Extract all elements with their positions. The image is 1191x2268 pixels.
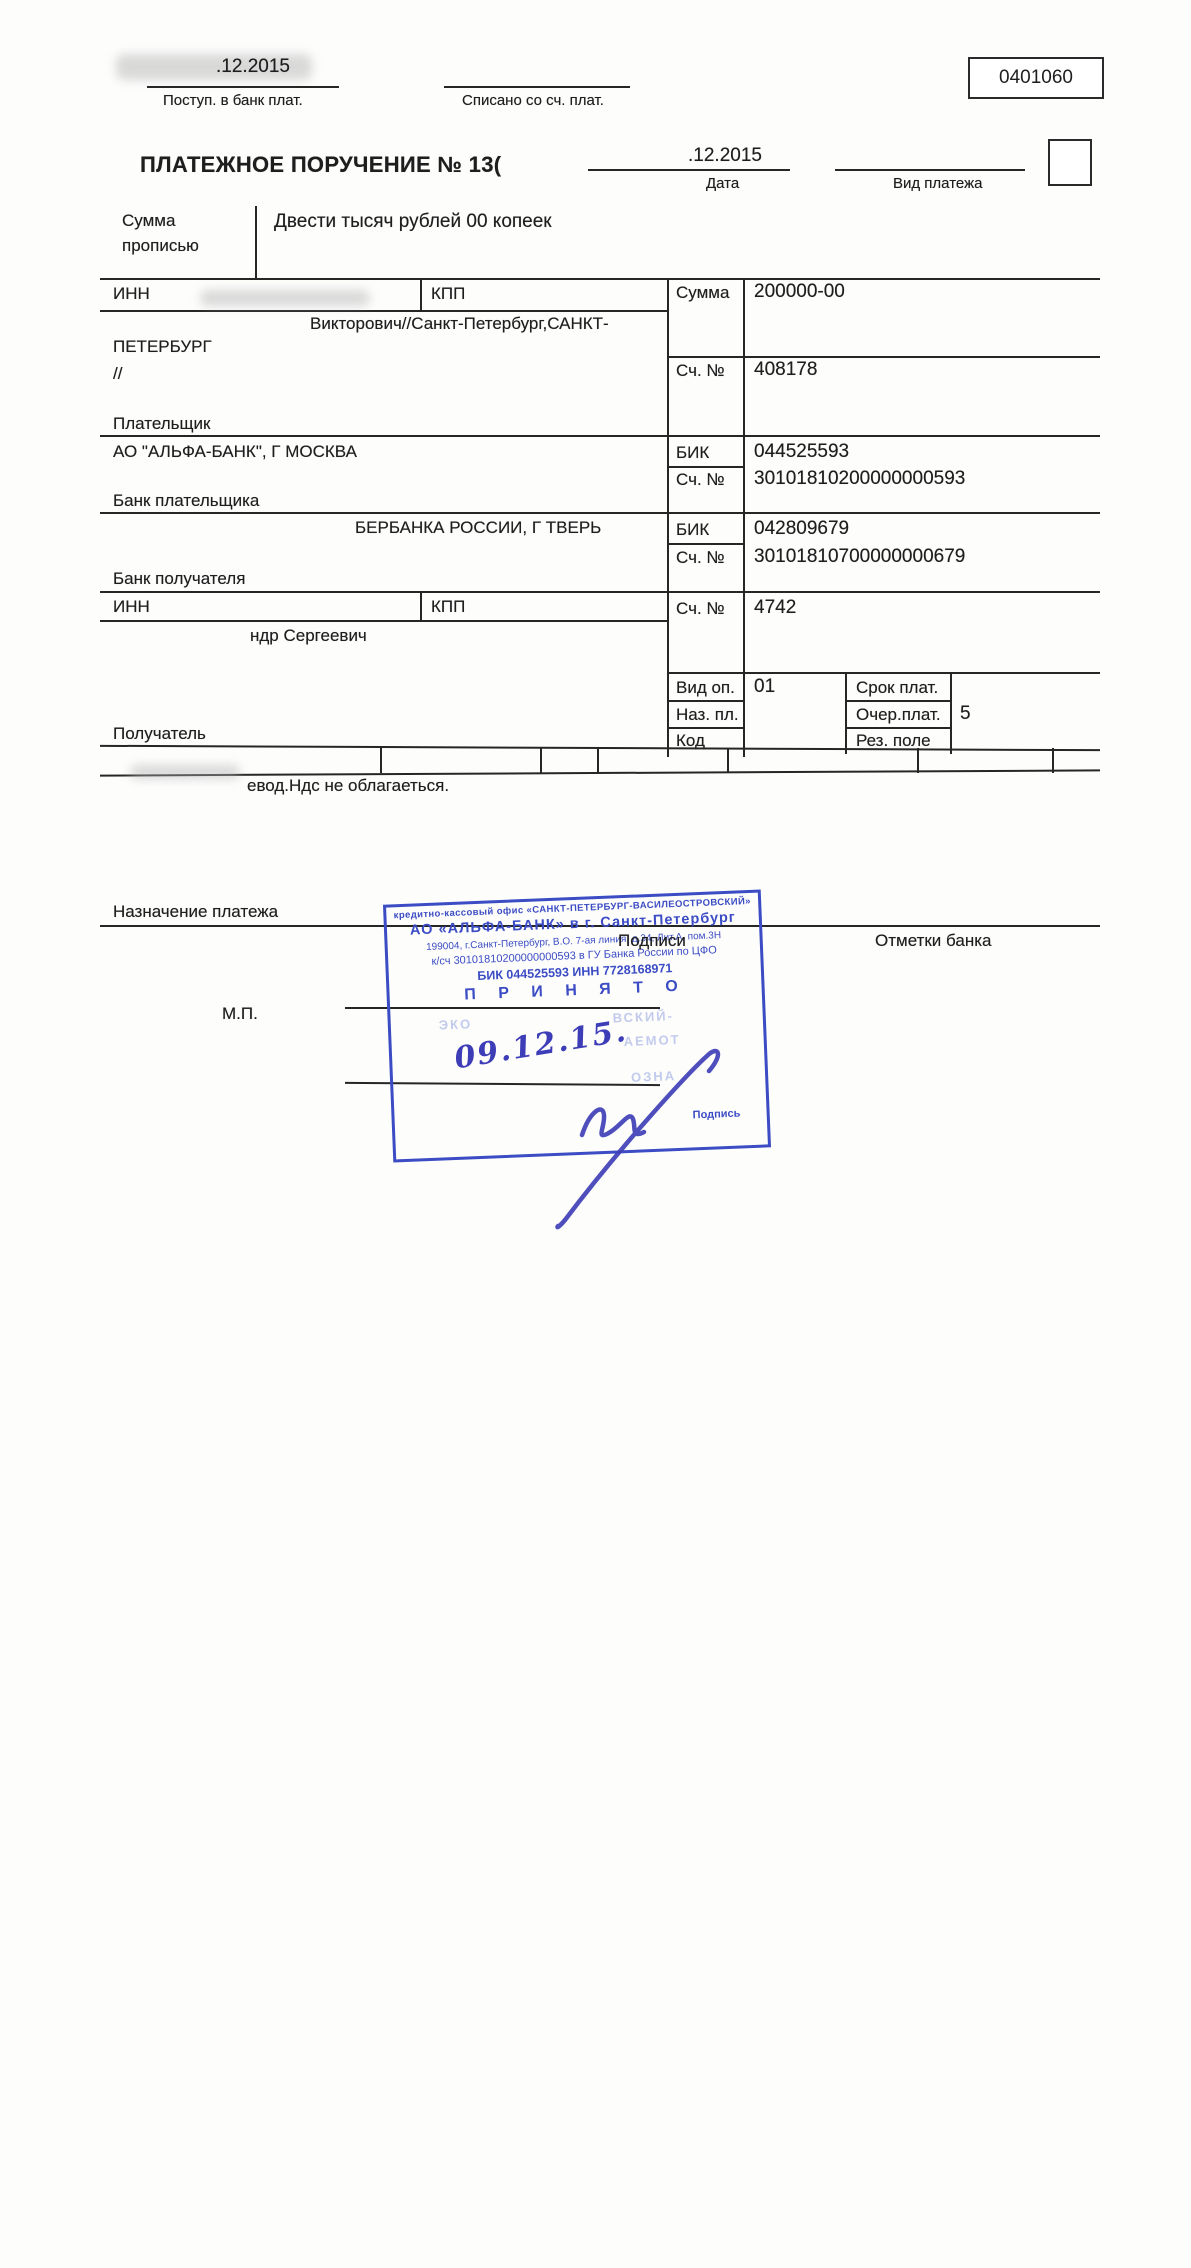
table-border: [100, 435, 1100, 437]
table-border: [667, 700, 743, 702]
redaction-smudge: [130, 765, 240, 779]
payer-name-line3: //: [113, 364, 122, 384]
table-border: [917, 748, 919, 773]
payee-bank-bik-value: 042809679: [754, 518, 849, 540]
payee-bank-acc-label: Сч. №: [676, 548, 725, 568]
table-border: [743, 278, 745, 757]
payee-name: ндр Сергеевич: [250, 626, 367, 646]
table-border: [667, 727, 743, 729]
payer-bank-acc-label: Сч. №: [676, 470, 725, 490]
table-border: [100, 620, 667, 622]
table-border: [667, 466, 743, 468]
vid-op-label: Вид оп.: [676, 678, 735, 698]
payer-bank-bik-label: БИК: [676, 443, 709, 463]
payer-bank-acc-value: 30101810200000000593: [754, 468, 965, 490]
table-border: [667, 356, 1100, 358]
table-border: [100, 278, 1100, 280]
amount-words-divider: [255, 206, 257, 278]
payer-name-line1: Викторович//Санкт-Петербург,САНКТ-: [310, 314, 609, 334]
doc-date-value: .12.2015: [688, 145, 762, 167]
redaction-smudge: [200, 290, 370, 306]
payee-bank-section-label: Банк получателя: [113, 569, 245, 589]
payee-kpp-label: КПП: [431, 597, 465, 617]
payer-bank-name: АО "АЛЬФА-БАНК", Г МОСКВА: [113, 442, 357, 462]
payment-type-box: [1048, 139, 1092, 186]
table-border: [845, 700, 950, 702]
amount-words-label2: прописью: [122, 236, 199, 256]
payer-bank-bik-value: 044525593: [754, 441, 849, 463]
received-label: Поступ. в банк плат.: [163, 92, 303, 109]
table-border: [667, 278, 669, 757]
payee-section-label: Получатель: [113, 724, 206, 744]
table-border: [100, 512, 1100, 514]
payer-section-label: Плательщик: [113, 414, 210, 434]
purpose-note: евод.Ндс не облагаеться.: [247, 776, 449, 796]
date-line: [588, 169, 790, 171]
payee-inn-label: ИНН: [113, 597, 150, 617]
stamp-ghost-text: ЭКО: [439, 1016, 473, 1032]
vid-op-value: 01: [754, 676, 775, 698]
ocher-plat-value: 5: [960, 703, 971, 725]
debited-label: Списано со сч. плат.: [462, 92, 604, 109]
sum-value: 200000-00: [754, 281, 845, 303]
table-border: [100, 310, 667, 312]
bank-marks-label: Отметки банка: [875, 931, 992, 951]
payer-name-line2: ПЕТЕРБУРГ: [113, 337, 212, 357]
table-border: [950, 672, 952, 754]
sum-label: Сумма: [676, 283, 729, 303]
table-border: [667, 672, 1100, 674]
table-border: [727, 748, 729, 773]
payer-bank-section-label: Банк плательщика: [113, 491, 259, 511]
payer-acc-label: Сч. №: [676, 361, 725, 381]
table-border: [540, 748, 542, 773]
handwritten-signature: [470, 1015, 770, 1245]
payee-bank-acc-value: 30101810700000000679: [754, 546, 965, 568]
payee-acc-value: 4742: [754, 597, 796, 619]
payment-order-scan: .12.2015 Поступ. в банк плат. Списано со…: [0, 0, 1191, 2268]
debited-line: [444, 86, 630, 88]
payer-kpp-label: КПП: [431, 284, 465, 304]
table-border: [845, 727, 950, 729]
payment-type-label: Вид платежа: [893, 175, 982, 192]
purpose-label: Назначение платежа: [113, 902, 278, 922]
received-date: .12.2015: [216, 56, 290, 78]
payee-bank-name: БЕРБАНКА РОССИИ, Г ТВЕРЬ: [355, 518, 601, 538]
table-border: [667, 543, 743, 545]
form-code-box: 0401060: [968, 57, 1104, 99]
signatures-label: Подписи: [618, 931, 686, 951]
received-line: [147, 86, 339, 88]
table-border: [100, 591, 1100, 593]
amount-in-words: Двести тысяч рублей 00 копеек: [274, 211, 552, 233]
payment-type-line: [835, 169, 1025, 171]
payee-acc-label: Сч. №: [676, 599, 725, 619]
payer-acc-value: 408178: [754, 359, 817, 381]
payee-bank-bik-label: БИК: [676, 520, 709, 540]
mp-label: М.П.: [222, 1004, 258, 1024]
form-code: 0401060: [999, 67, 1073, 89]
payer-inn-label: ИНН: [113, 284, 150, 304]
document-title: ПЛАТЕЖНОЕ ПОРУЧЕНИЕ № 13(: [140, 152, 501, 178]
table-border: [845, 672, 847, 754]
table-border: [380, 748, 382, 773]
table-border: [420, 591, 422, 621]
table-border: [597, 748, 599, 773]
naz-pl-label: Наз. пл.: [676, 705, 739, 725]
ocher-plat-label: Очер.плат.: [856, 705, 941, 725]
srok-plat-label: Срок плат.: [856, 678, 938, 698]
amount-words-label1: Сумма: [122, 211, 175, 231]
date-label: Дата: [706, 175, 739, 192]
table-border: [420, 278, 422, 311]
